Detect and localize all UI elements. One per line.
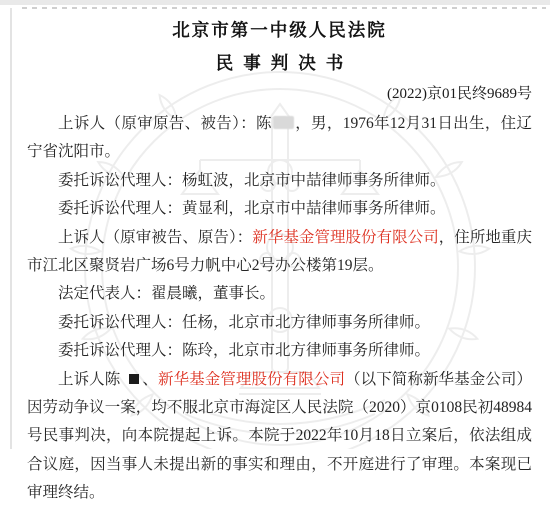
company-name-link-2[interactable]: 新华基金管理股份有限公司 [158,371,345,388]
appellant-person-prefix: 上诉人（原审原告、被告）：陈 [58,115,272,132]
court-name: 北京市第一中级人民法院 [27,17,532,42]
agent-chen-text: 委托诉讼代理人：陈玲，北京市北方律师事务所律师。 [58,342,430,359]
paragraph-agent-chen: 委托诉讼代理人：陈玲，北京市北方律师事务所律师。 [27,337,532,365]
paragraph-legal-representative: 法定代表人：翟晨曦，董事长。 [27,280,532,308]
case-number: (2022)京01民终9689号 [27,82,532,103]
paragraph-appellant-company: 上诉人（原审被告、原告）：新华基金管理股份有限公司，住所地重庆市江北区聚贤岩广场… [27,224,532,281]
agent-yang-text: 委托诉讼代理人：杨虹波，北京市中喆律师事务所律师。 [58,172,446,189]
judgment-body: 上诉人（原审原告、被告）：陈，男，1976年12月31日出生，住辽宁省沈阳市。 … [27,110,532,449]
paragraph-appellant-person: 上诉人（原审原告、被告）：陈，男，1976年12月31日出生，住辽宁省沈阳市。 [27,110,532,167]
agent-huang-text: 委托诉讼代理人：黄显利，北京市中喆律师事务所律师。 [58,200,446,217]
appellant-company-prefix: 上诉人（原审被告、原告）： [58,229,252,246]
paragraph-agent-yang: 委托诉讼代理人：杨虹波，北京市中喆律师事务所律师。 [27,167,532,195]
company-name-link[interactable]: 新华基金管理股份有限公司 [252,229,438,246]
left-margin-line [10,8,12,449]
paragraph-agent-huang: 委托诉讼代理人：黄显利，北京市中喆律师事务所律师。 [27,195,532,223]
case-summary-prefix: 上诉人陈 [58,371,120,388]
dashed-separator [22,7,546,9]
legal-representative-text: 法定代表人：翟晨曦，董事长。 [58,285,275,302]
document-title: 民事判决书 [27,50,532,75]
judgment-document: 北京市第一中级人民法院 民事判决书 (2022)京01民终9689号 上诉人（原… [27,17,532,449]
page-top-border [0,0,550,5]
paragraph-agent-ren: 委托诉讼代理人：任杨，北京市北方律师事务所律师。 [27,309,532,337]
redaction-black-square [129,374,139,384]
redaction-blur-patch [273,116,294,129]
case-summary-separator: 、 [142,371,158,388]
agent-ren-text: 委托诉讼代理人：任杨，北京市北方律师事务所律师。 [58,314,430,331]
paragraph-case-summary: 上诉人陈、新华基金管理股份有限公司（以下简称新华基金公司）因劳动争议一案，均不服… [27,366,532,449]
